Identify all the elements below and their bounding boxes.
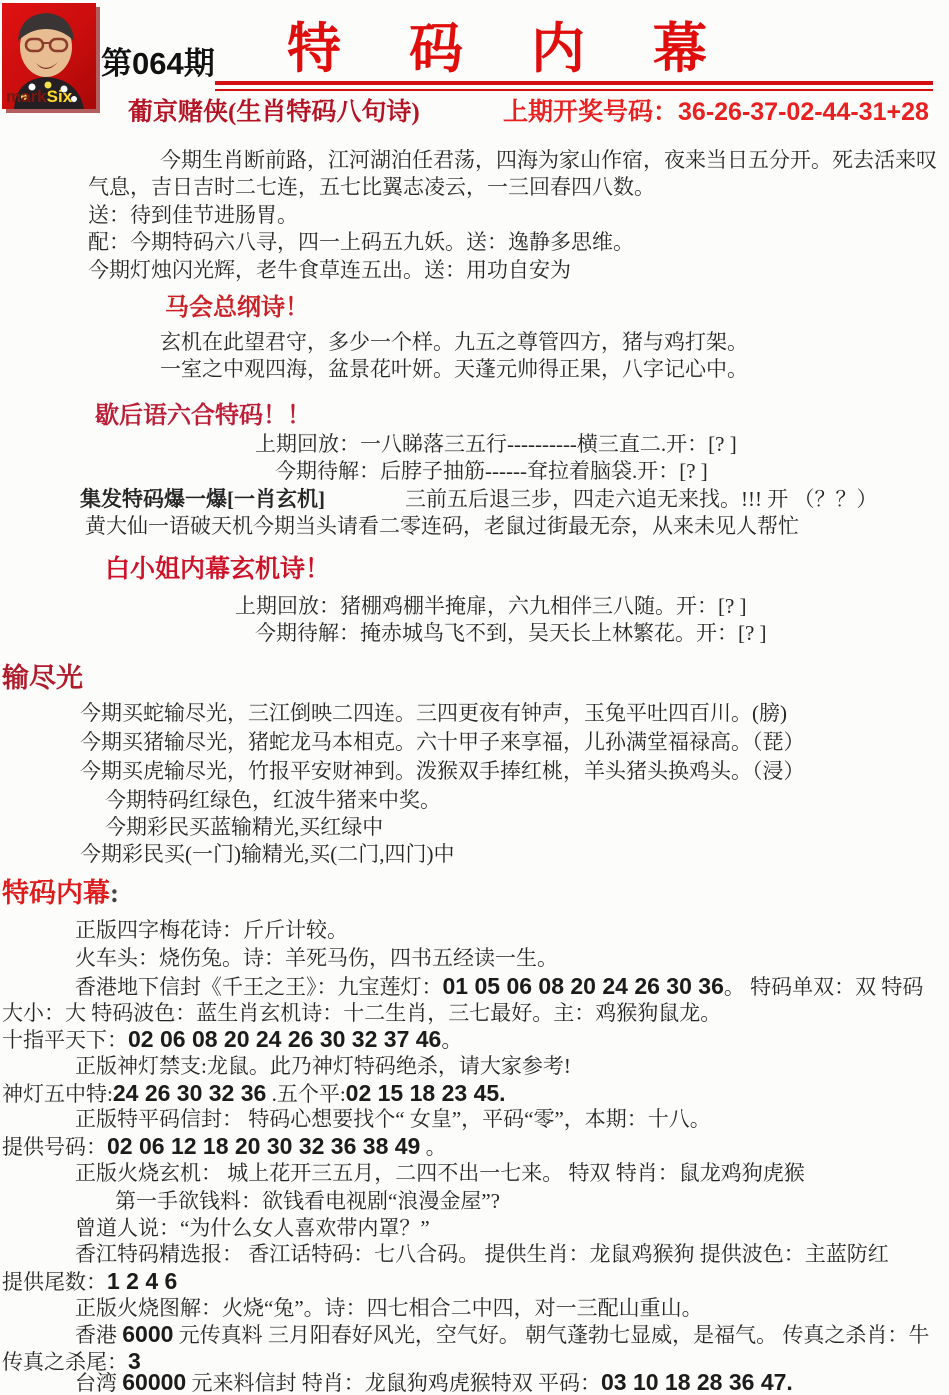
baixiaojie-line: 上期回放：猪棚鸡棚半掩扉，六九相伴三八随。开：[? ] xyxy=(235,594,747,618)
last-draw-numbers: 上期开奖号码：36-26-37-02-44-31+28 xyxy=(503,92,929,128)
number-run: 03 10 18 28 36 47. xyxy=(601,1369,793,1395)
jifa-bold-label: 集发特码爆一爆[一肖玄机] xyxy=(80,487,325,511)
neimu-text: 台湾 xyxy=(75,1371,122,1395)
neimu-line: 香港 6000 元传真料 三月阳春好风光，空气好。 朝气蓬勃七显威，是福气。 传… xyxy=(75,1322,929,1347)
mahui-line: 玄机在此望君守，多少一个样。九五之尊管四方，猪与鸡打架。 xyxy=(160,330,748,354)
neimu-text: 。 特码单双：双 特码 xyxy=(724,975,924,999)
neimu-line: 十指平天下：02 06 08 20 24 26 30 32 37 46。 xyxy=(2,1027,462,1052)
xiehouyu-line: 今期待解：后脖子抽筋------耷拉着脑袋.开：[? ] xyxy=(275,459,708,483)
number-run: 60000 xyxy=(122,1369,186,1395)
shujinguang-heading: 输尽光 xyxy=(2,656,83,695)
neimu-heading-text: 特码内幕 xyxy=(2,878,110,908)
subtitle-left: 葡京赌侠(生肖特码八句诗) xyxy=(128,92,420,128)
mahui-heading: 马会总纲诗！ xyxy=(165,287,309,322)
shujinguang-line: 今期买猪输尽光，猪蛇龙马本相克。六十甲子来享福，儿孙满堂福禄高。（琵） xyxy=(80,730,805,754)
poem-line: 气息，吉日吉时二七连，五七比翼志凌云，一三回春四八数。 xyxy=(88,175,655,199)
neimu-text: 神灯五中特: xyxy=(2,1082,113,1106)
last-draw-label: 上期开奖号码： xyxy=(503,99,678,126)
neimu-line: 提供尾数：1 2 4 6 xyxy=(2,1269,177,1294)
number-run: 02 15 18 23 45. xyxy=(346,1080,506,1106)
logo-text-six: Six xyxy=(47,87,73,106)
xiehouyu-line: 黄大仙一语破天机今期当头请看二零连码，老鼠过街最无奈，从来未见人帮忙 xyxy=(85,514,799,538)
baixiaojie-heading: 白小姐内幕玄机诗！ xyxy=(105,549,330,585)
shujinguang-line: 今期买虎输尽光，竹报平安财神到。泼猴双手捧红桃，羊头猪头换鸡头。（浸） xyxy=(80,759,805,783)
neimu-line: 火车头：烧伤兔。诗：羊死马伤，四书五经读一生。 xyxy=(75,946,558,970)
shujinguang-line: 今期买蛇输尽光，三江倒映二四连。三四更夜有钟声，玉兔平吐四百川。(膀) xyxy=(80,701,787,725)
neimu-text: 香港 xyxy=(75,1323,122,1347)
neimu-line: 香港地下信封《千王之王》：九宝莲灯：01 05 06 08 20 24 26 3… xyxy=(75,974,923,999)
number-run: 24 26 30 32 36 xyxy=(113,1080,266,1106)
poem-line: 送：待到佳节进肠胃。 xyxy=(88,203,298,227)
neimu-heading-colon: : xyxy=(110,878,119,908)
xiehouyu-line: 上期回放：一八睇落三五行----------横三直二.开：[? ] xyxy=(255,432,737,456)
page-title: 特码内幕 xyxy=(287,6,775,83)
neimu-line: 正版火烧图解：火烧“兔”。诗：四七相合二中四，对一三配山重山。 xyxy=(75,1296,703,1320)
neimu-line: 正版神灯禁支:龙鼠。此乃神灯特码绝杀，请大家参考! xyxy=(75,1054,571,1078)
poem-line: 配：今期特码六八寻，四一上码五九妖。送：逸静多思维。 xyxy=(88,230,634,254)
neimu-line: 正版火烧玄机： 城上花开三五月，二四不出一七来。 特双 特肖：鼠龙鸡狗虎猴 xyxy=(75,1161,805,1185)
neimu-text: .五个平: xyxy=(266,1082,345,1106)
title-underline xyxy=(215,81,933,91)
neimu-line: 正版四字梅花诗：斤斤计较。 xyxy=(75,918,348,942)
number-run: 1 2 4 6 xyxy=(107,1268,177,1294)
neimu-line: 曾道人说：“为什么女人喜欢带内罩？” xyxy=(75,1216,430,1240)
logo-wordmark: markSix xyxy=(6,87,72,107)
neimu-line: 正版特平码信封： 特码心想要找个“ 女皇”，平码“零”，本期：十八。 xyxy=(75,1107,711,1131)
neimu-text: 香港地下信封《千王之王》：九宝莲灯： xyxy=(75,975,443,999)
neimu-line: 大小：大 特码波色：蓝生肖玄机诗：十二生肖，三七最好。主：鸡猴狗鼠龙。 xyxy=(2,1001,721,1025)
number-run: 6000 xyxy=(122,1321,173,1347)
baixiaojie-line: 今期待解：掩赤城鸟飞不到，吴天长上林繁花。开：[? ] xyxy=(255,621,767,645)
neimu-text: 。 xyxy=(420,1135,446,1159)
last-draw-values: 36-26-37-02-44-31+28 xyxy=(678,98,929,126)
number-run: 02 06 08 20 24 26 30 32 37 46 xyxy=(128,1026,441,1052)
neimu-text: 。 xyxy=(441,1028,462,1052)
neimu-text: 十指平天下： xyxy=(2,1028,128,1052)
jifa-text: 三前五后退三步，四走六追无来找。!!! 开 （？？） xyxy=(405,487,877,511)
number-run: 01 05 06 08 20 24 26 30 36 xyxy=(443,973,724,999)
neimu-line: 台湾 60000 元来料信封 特肖：龙鼠狗鸡虎猴特双 平码：03 10 18 2… xyxy=(75,1370,793,1395)
neimu-text: 元来料信封 特肖：龙鼠狗鸡虎猴特双 平码： xyxy=(186,1371,601,1395)
neimu-text: 提供尾数： xyxy=(2,1270,107,1294)
issue-number: 第064期 xyxy=(101,38,215,83)
poem-line: 今期灯烛闪光辉，老牛食草连五出。送：用功自安为 xyxy=(88,258,571,282)
xiehouyu-line: 集发特码爆一爆[一肖玄机]三前五后退三步，四走六追无来找。!!! 开 （？？） xyxy=(80,487,877,511)
shujinguang-line: 今期彩民买(一门)输精光,买(二门,四门)中 xyxy=(80,842,454,866)
marksix-logo: markSix xyxy=(2,3,96,109)
shujinguang-line: 今期特码红绿色，红波牛猪来中奖。 xyxy=(105,788,441,812)
neimu-line: 神灯五中特:24 26 30 32 36 .五个平:02 15 18 23 45… xyxy=(2,1081,506,1106)
neimu-text: 元传真料 三月阳春好风光，空气好。 朝气蓬勃七显威，是福气。 传真之杀肖：牛 xyxy=(173,1323,929,1347)
mahui-line: 一室之中观四海，盆景花叶妍。天蓬元帅得正果，八字记心中。 xyxy=(160,357,748,381)
shujinguang-line: 今期彩民买蓝输精光,买红绿中 xyxy=(105,815,383,839)
neimu-heading: 特码内幕: xyxy=(2,871,119,910)
logo-text-mark: mark xyxy=(6,87,47,106)
neimu-line: 香江特码精选报： 香江话特码：七八合码。 提供生肖：龙鼠鸡猴狗 提供波色：主蓝防… xyxy=(75,1242,889,1266)
poem-line: 今期生肖断前路，江河湖泊任君荡，四海为家山作宿，夜来当日五分开。死去活来叹 xyxy=(160,148,937,172)
neimu-text: 提供号码： xyxy=(2,1135,107,1159)
neimu-line: 提供号码：02 06 12 18 20 30 32 36 38 49 。 xyxy=(2,1134,447,1159)
xiehouyu-heading: 歇后语六合特码！！ xyxy=(95,395,311,430)
neimu-line: 第一手欲钱料：欲钱看电视剧“浪漫金屋”? xyxy=(115,1189,500,1213)
number-run: 02 06 12 18 20 30 32 36 38 49 xyxy=(107,1133,420,1159)
